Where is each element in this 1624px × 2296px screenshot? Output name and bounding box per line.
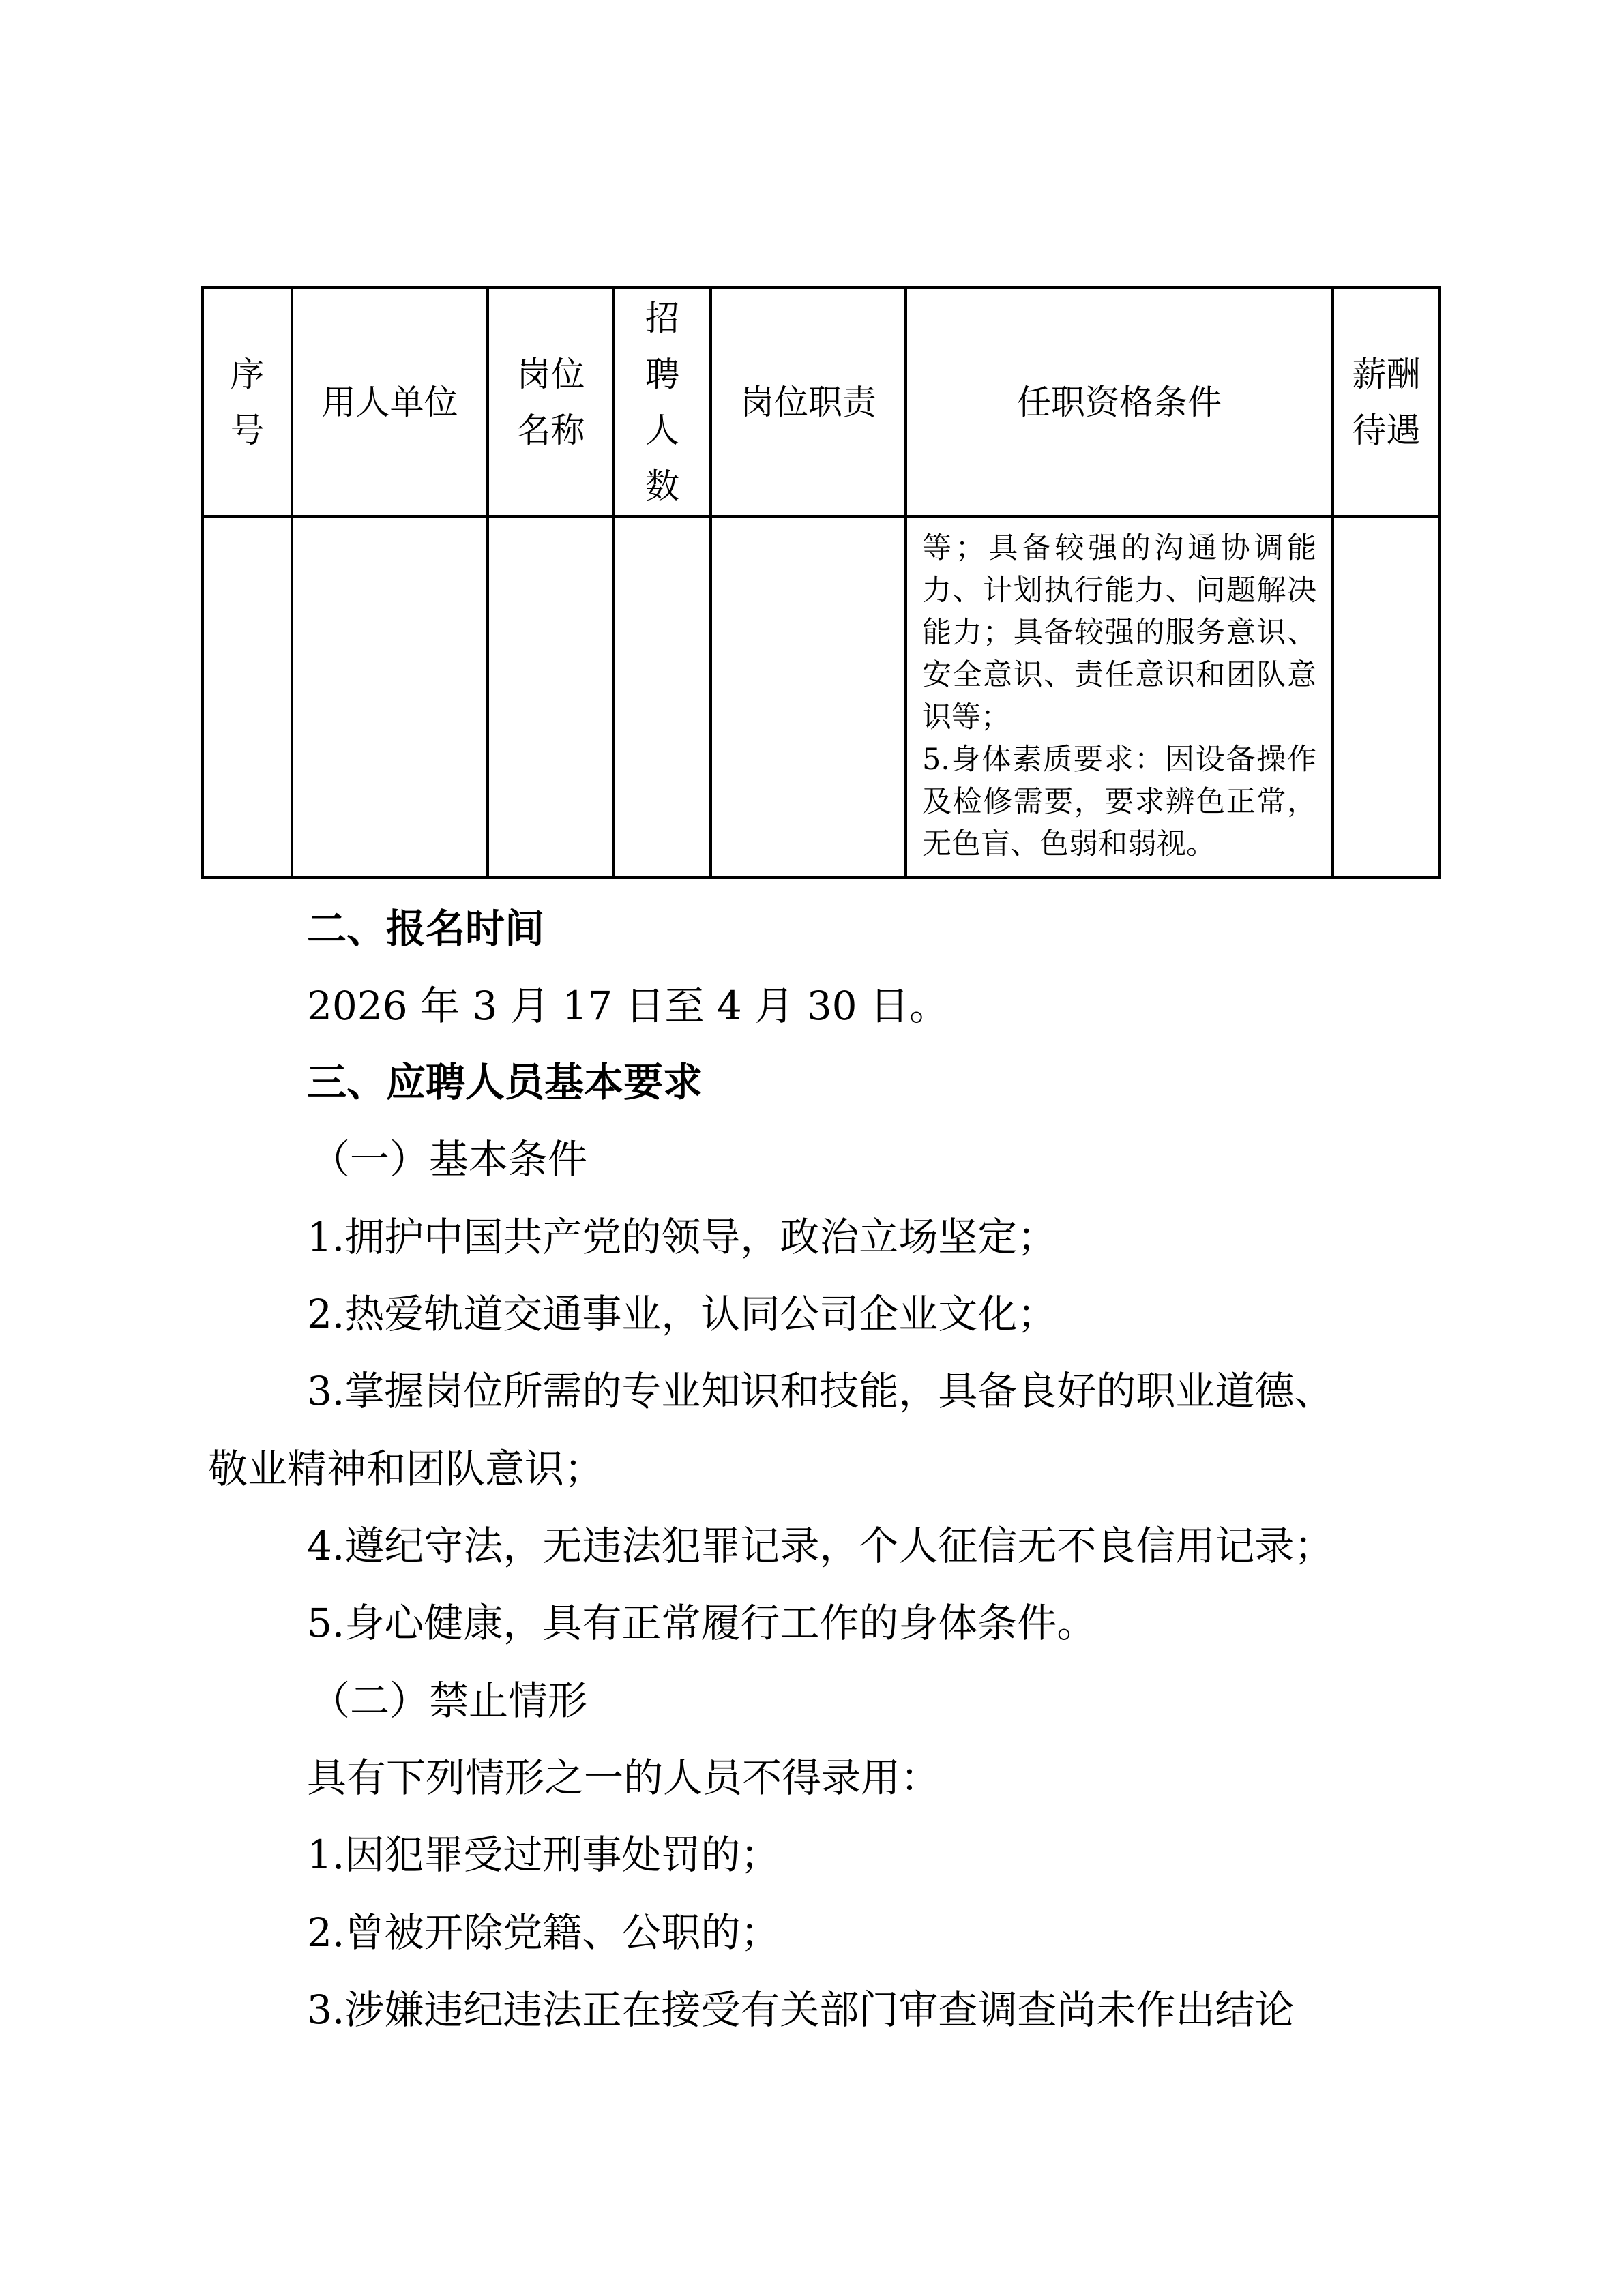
header-count-line: 人 [615, 402, 709, 458]
prohibited-intro: 具有下列情形之一的人员不得录用： [307, 1746, 940, 1803]
cell-seq [203, 516, 292, 878]
condition-item: 5.身心健康，具有正常履行工作的身体条件。 [307, 1591, 1096, 1648]
header-count-line: 数 [615, 458, 709, 514]
condition-item-continuation: 敬业精神和团队意识； [208, 1437, 604, 1494]
header-requirements: 任职资格条件 [906, 288, 1333, 516]
header-duties: 岗位职责 [711, 288, 906, 516]
header-salary-line: 薪酬 [1334, 346, 1438, 402]
cell-requirements: 等；具备较强的沟通协调能力、计划执行能力、问题解决能力；具备较强的服务意识、安全… [906, 516, 1333, 878]
header-salary: 薪酬 待遇 [1333, 288, 1440, 516]
prohibited-item: 1.因犯罪受过刑事处罚的； [307, 1823, 780, 1880]
requirements-paragraph: 等；具备较强的沟通协调能力、计划执行能力、问题解决能力；具备较强的服务意识、安全… [922, 527, 1316, 739]
cell-employer [292, 516, 488, 878]
header-position-line: 岗位 [489, 346, 612, 402]
header-seq-line: 号 [204, 402, 291, 458]
cell-salary [1333, 516, 1440, 878]
header-position: 岗位 名称 [488, 288, 614, 516]
header-position-line: 名称 [489, 402, 612, 458]
recruitment-table: 序 号 用人单位 岗位 名称 招 聘 人 数 岗位职责 任职资格条件 薪酬 待遇… [201, 286, 1441, 879]
prohibited-item: 3.涉嫌违纪违法正在接受有关部门审查调查尚未作出结论 [307, 1978, 1294, 2035]
table-row: 等；具备较强的沟通协调能力、计划执行能力、问题解决能力；具备较强的服务意识、安全… [203, 516, 1440, 878]
condition-item: 3.掌握岗位所需的专业知识和技能，具备良好的职业道德、 [307, 1359, 1333, 1416]
section-heading-basic-requirements: 三、应聘人员基本要求 [307, 1050, 703, 1107]
registration-period: 2026 年 3 月 17 日至 4 月 30 日。 [307, 974, 949, 1031]
condition-item: 2.热爱轨道交通事业，认同公司企业文化； [307, 1282, 1057, 1339]
requirements-paragraph: 5.身体素质要求：因设备操作及检修需要，要求辨色正常，无色盲、色弱和弱视。 [922, 739, 1316, 865]
prohibited-item: 2.曾被开除党籍、公职的； [307, 1900, 780, 1958]
header-salary-line: 待遇 [1334, 402, 1438, 458]
section-heading-registration-time: 二、报名时间 [307, 897, 544, 954]
header-employer: 用人单位 [292, 288, 488, 516]
subheading-prohibited-situations: （二）禁止情形 [310, 1669, 587, 1726]
cell-duties [711, 516, 906, 878]
subheading-basic-conditions: （一）基本条件 [310, 1127, 587, 1184]
header-count: 招 聘 人 数 [614, 288, 711, 516]
header-count-line: 聘 [615, 346, 709, 402]
table-header-row: 序 号 用人单位 岗位 名称 招 聘 人 数 岗位职责 任职资格条件 薪酬 待遇 [203, 288, 1440, 516]
condition-item: 1.拥护中国共产党的领导，政治立场坚定； [307, 1205, 1057, 1262]
header-seq: 序 号 [203, 288, 292, 516]
cell-count [614, 516, 711, 878]
header-seq-line: 序 [204, 346, 291, 402]
condition-item: 4.遵纪守法，无违法犯罪记录，个人征信无不良信用记录； [307, 1514, 1333, 1571]
cell-position [488, 516, 614, 878]
header-count-line: 招 [615, 290, 709, 346]
